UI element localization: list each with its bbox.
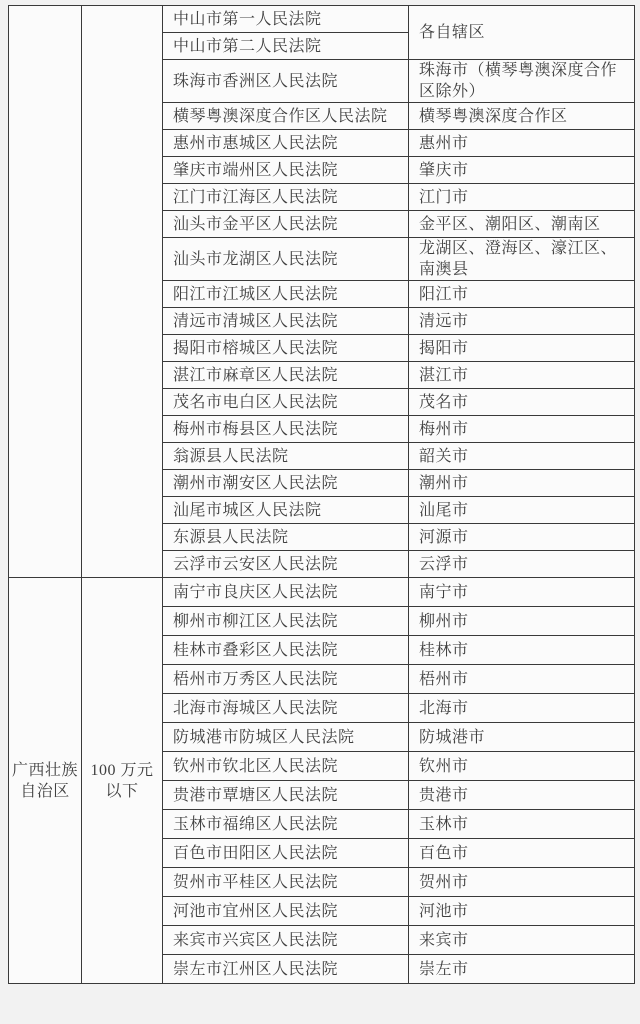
court-cell: 中山市第一人民法院 [163, 6, 409, 33]
court-cell: 中山市第二人民法院 [163, 33, 409, 60]
jurisdiction-cell: 各自辖区 [409, 6, 635, 60]
jurisdiction-cell: 南宁市 [409, 578, 635, 607]
court-cell: 汕尾市城区人民法院 [163, 497, 409, 524]
court-cell: 贺州市平桂区人民法院 [163, 868, 409, 897]
court-cell: 梅州市梅县区人民法院 [163, 416, 409, 443]
court-cell: 肇庆市端州区人民法院 [163, 157, 409, 184]
jurisdiction-cell: 惠州市 [409, 130, 635, 157]
court-cell: 珠海市香洲区人民法院 [163, 60, 409, 103]
jurisdiction-cell: 梅州市 [409, 416, 635, 443]
court-cell: 河池市宜州区人民法院 [163, 897, 409, 926]
court-cell: 清远市清城区人民法院 [163, 308, 409, 335]
table-row: 中山市第一人民法院各自辖区 [9, 6, 635, 33]
court-table-body: 中山市第一人民法院各自辖区中山市第二人民法院珠海市香洲区人民法院珠海市（横琴粤澳… [9, 6, 635, 984]
jurisdiction-cell: 贺州市 [409, 868, 635, 897]
court-cell: 翁源县人民法院 [163, 443, 409, 470]
court-cell: 钦州市钦北区人民法院 [163, 752, 409, 781]
court-cell: 玉林市福绵区人民法院 [163, 810, 409, 839]
court-cell: 梧州市万秀区人民法院 [163, 665, 409, 694]
court-cell: 云浮市云安区人民法院 [163, 551, 409, 578]
region-cell [9, 6, 82, 578]
jurisdiction-cell: 揭阳市 [409, 335, 635, 362]
jurisdiction-cell: 柳州市 [409, 607, 635, 636]
jurisdiction-cell: 龙湖区、澄海区、濠江区、南澳县 [409, 238, 635, 281]
jurisdiction-cell: 桂林市 [409, 636, 635, 665]
court-cell: 百色市田阳区人民法院 [163, 839, 409, 868]
court-cell: 来宾市兴宾区人民法院 [163, 926, 409, 955]
jurisdiction-cell: 汕尾市 [409, 497, 635, 524]
jurisdiction-cell: 河池市 [409, 897, 635, 926]
table-row: 广西壮族自治区100 万元以下南宁市良庆区人民法院南宁市 [9, 578, 635, 607]
jurisdiction-cell: 江门市 [409, 184, 635, 211]
jurisdiction-cell: 百色市 [409, 839, 635, 868]
jurisdiction-cell: 肇庆市 [409, 157, 635, 184]
jurisdiction-cell: 潮州市 [409, 470, 635, 497]
jurisdiction-cell: 钦州市 [409, 752, 635, 781]
court-cell: 北海市海城区人民法院 [163, 694, 409, 723]
document-page: 中山市第一人民法院各自辖区中山市第二人民法院珠海市香洲区人民法院珠海市（横琴粤澳… [0, 5, 640, 1024]
court-cell: 阳江市江城区人民法院 [163, 281, 409, 308]
jurisdiction-cell: 河源市 [409, 524, 635, 551]
court-cell: 揭阳市榕城区人民法院 [163, 335, 409, 362]
jurisdiction-cell: 防城港市 [409, 723, 635, 752]
court-cell: 柳州市柳江区人民法院 [163, 607, 409, 636]
jurisdiction-cell: 金平区、潮阳区、潮南区 [409, 211, 635, 238]
court-cell: 防城港市防城区人民法院 [163, 723, 409, 752]
court-cell: 东源县人民法院 [163, 524, 409, 551]
jurisdiction-cell: 茂名市 [409, 389, 635, 416]
court-cell: 崇左市江州区人民法院 [163, 955, 409, 984]
jurisdiction-cell: 横琴粤澳深度合作区 [409, 103, 635, 130]
jurisdiction-cell: 贵港市 [409, 781, 635, 810]
jurisdiction-cell: 北海市 [409, 694, 635, 723]
amount-cell [82, 6, 163, 578]
court-cell: 汕头市龙湖区人民法院 [163, 238, 409, 281]
court-cell: 江门市江海区人民法院 [163, 184, 409, 211]
jurisdiction-cell: 阳江市 [409, 281, 635, 308]
court-cell: 南宁市良庆区人民法院 [163, 578, 409, 607]
jurisdiction-cell: 清远市 [409, 308, 635, 335]
court-cell: 茂名市电白区人民法院 [163, 389, 409, 416]
court-cell: 贵港市覃塘区人民法院 [163, 781, 409, 810]
court-cell: 桂林市叠彩区人民法院 [163, 636, 409, 665]
region-cell: 广西壮族自治区 [9, 578, 82, 984]
jurisdiction-cell: 崇左市 [409, 955, 635, 984]
amount-cell: 100 万元以下 [82, 578, 163, 984]
jurisdiction-cell: 云浮市 [409, 551, 635, 578]
court-cell: 湛江市麻章区人民法院 [163, 362, 409, 389]
jurisdiction-cell: 韶关市 [409, 443, 635, 470]
court-cell: 惠州市惠城区人民法院 [163, 130, 409, 157]
jurisdiction-cell: 湛江市 [409, 362, 635, 389]
court-cell: 汕头市金平区人民法院 [163, 211, 409, 238]
jurisdiction-cell: 来宾市 [409, 926, 635, 955]
court-jurisdiction-table: 中山市第一人民法院各自辖区中山市第二人民法院珠海市香洲区人民法院珠海市（横琴粤澳… [8, 5, 635, 984]
jurisdiction-cell: 珠海市（横琴粤澳深度合作区除外） [409, 60, 635, 103]
court-cell: 潮州市潮安区人民法院 [163, 470, 409, 497]
jurisdiction-cell: 梧州市 [409, 665, 635, 694]
jurisdiction-cell: 玉林市 [409, 810, 635, 839]
court-cell: 横琴粤澳深度合作区人民法院 [163, 103, 409, 130]
